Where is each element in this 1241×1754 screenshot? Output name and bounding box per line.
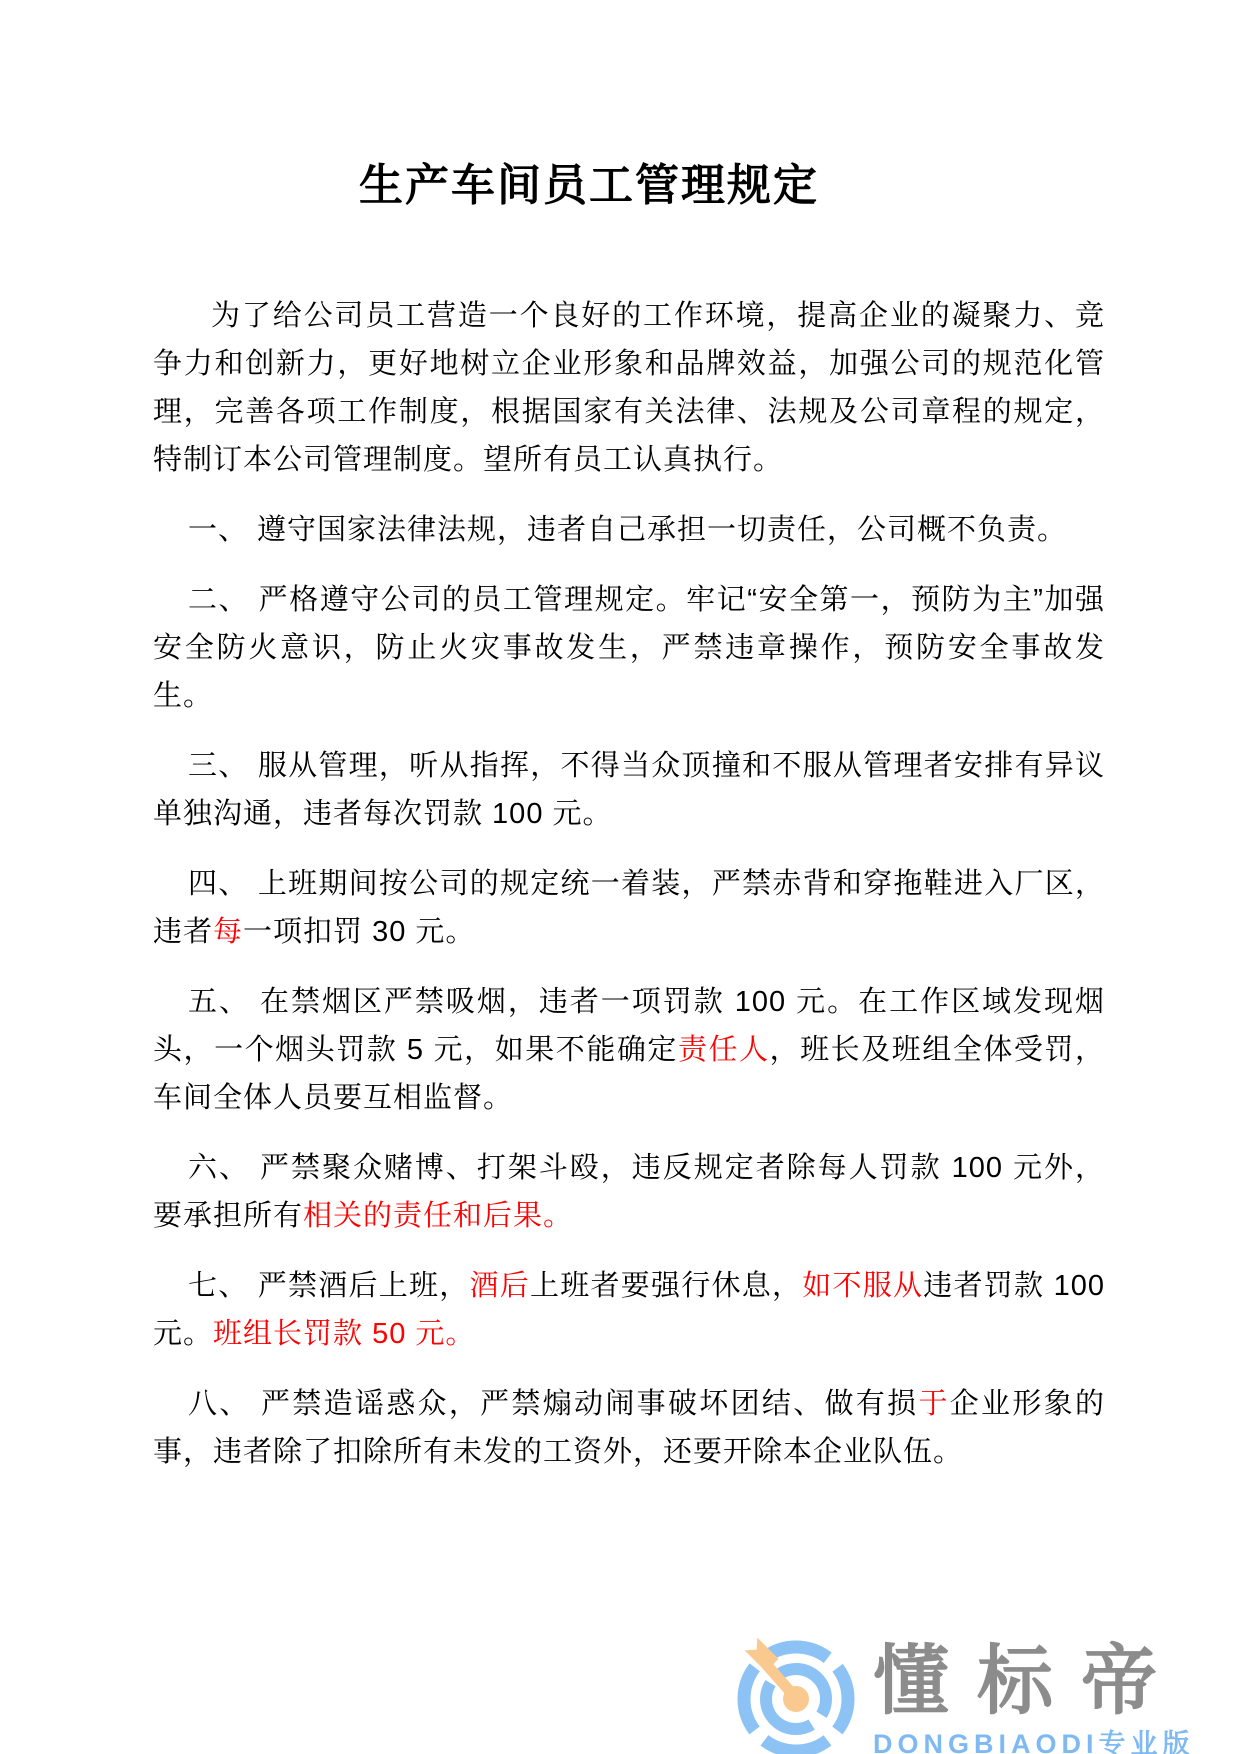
brand-watermark: 懂标帝 DONGBIAODI专业版 [735, 1636, 1195, 1754]
rule-7-text: 上班者要强行休息， [530, 1270, 802, 1302]
rule-7-text: 七、 严禁酒后上班， [188, 1270, 470, 1302]
document-title: 生产车间员工管理规定 [113, 150, 1065, 222]
page: 生产车间员工管理规定 为了给公司员工营造一个良好的工作环境，提高企业的凝聚力、竞… [0, 0, 1241, 1754]
rule-item-2: 二、 严格遵守公司的员工管理规定。牢记“安全第一，预防为主”加强安全防火意识，防… [153, 576, 1105, 720]
intro-text: 为了给公司员工营造一个良好的工作环境，提高企业的凝聚力、竞争力和创新力，更好地树… [153, 300, 1105, 476]
highlight-red-text: 酒后 [470, 1270, 531, 1302]
highlight-red-text: 责任人 [678, 1034, 770, 1066]
rule-item-7: 七、 严禁酒后上班，酒后上班者要强行休息，如不服从违者罚款 100 元。班组长罚… [153, 1262, 1105, 1358]
brand-tagline: DONGBIAODI专业版 [873, 1730, 1195, 1754]
document-body: 生产车间员工管理规定 为了给公司员工营造一个良好的工作环境，提高企业的凝聚力、竞… [153, 150, 1105, 1498]
brand-name: 懂标帝 [873, 1650, 1195, 1714]
rule-3-text: 三、 服从管理，听从指挥，不得当众顶撞和不服从管理者安排有异议单独沟通，违者每次… [153, 750, 1105, 830]
rule-1-text: 一、 遵守国家法律法规，违者自己承担一切责任，公司概不负责。 [188, 514, 1067, 546]
intro-paragraph: 为了给公司员工营造一个良好的工作环境，提高企业的凝聚力、竞争力和创新力，更好地树… [153, 292, 1105, 484]
rule-item-3: 三、 服从管理，听从指挥，不得当众顶撞和不服从管理者安排有异议单独沟通，违者每次… [153, 742, 1105, 838]
rule-6-text: 六、 严禁聚众赌博、打架斗殴，违反规定者除每人罚款 100 元外，要承担所有 [153, 1152, 1105, 1232]
highlight-red-text: 每 [213, 916, 243, 948]
rule-item-5: 五、 在禁烟区严禁吸烟，违者一项罚款 100 元。在工作区域发现烟头，一个烟头罚… [153, 978, 1105, 1122]
brand-text-block: 懂标帝 DONGBIAODI专业版 [873, 1650, 1195, 1754]
rule-item-8: 八、 严禁造谣惑众，严禁煽动闹事破坏团结、做有损于企业形象的事，违者除了扣除所有… [153, 1380, 1105, 1476]
highlight-red-text: 于 [918, 1388, 949, 1420]
rule-item-1: 一、 遵守国家法律法规，违者自己承担一切责任，公司概不负责。 [153, 506, 1105, 554]
target-icon [735, 1638, 857, 1754]
highlight-red-text: 班组长罚款 50 元。 [213, 1318, 475, 1350]
rule-8-text: 八、 严禁造谣惑众，严禁煽动闹事破坏团结、做有损 [188, 1388, 918, 1420]
rule-item-6: 六、 严禁聚众赌博、打架斗殴，违反规定者除每人罚款 100 元外，要承担所有相关… [153, 1144, 1105, 1240]
rule-2-text: 二、 严格遵守公司的员工管理规定。牢记“安全第一，预防为主”加强安全防火意识，防… [153, 584, 1105, 712]
highlight-red-text: 相关的责任和后果。 [303, 1200, 573, 1232]
highlight-red-text: 如不服从 [802, 1270, 923, 1302]
rule-item-4: 四、 上班期间按公司的规定统一着装，严禁赤背和穿拖鞋进入厂区，违者每一项扣罚 3… [153, 860, 1105, 956]
rule-4-text: 一项扣罚 30 元。 [243, 916, 475, 948]
